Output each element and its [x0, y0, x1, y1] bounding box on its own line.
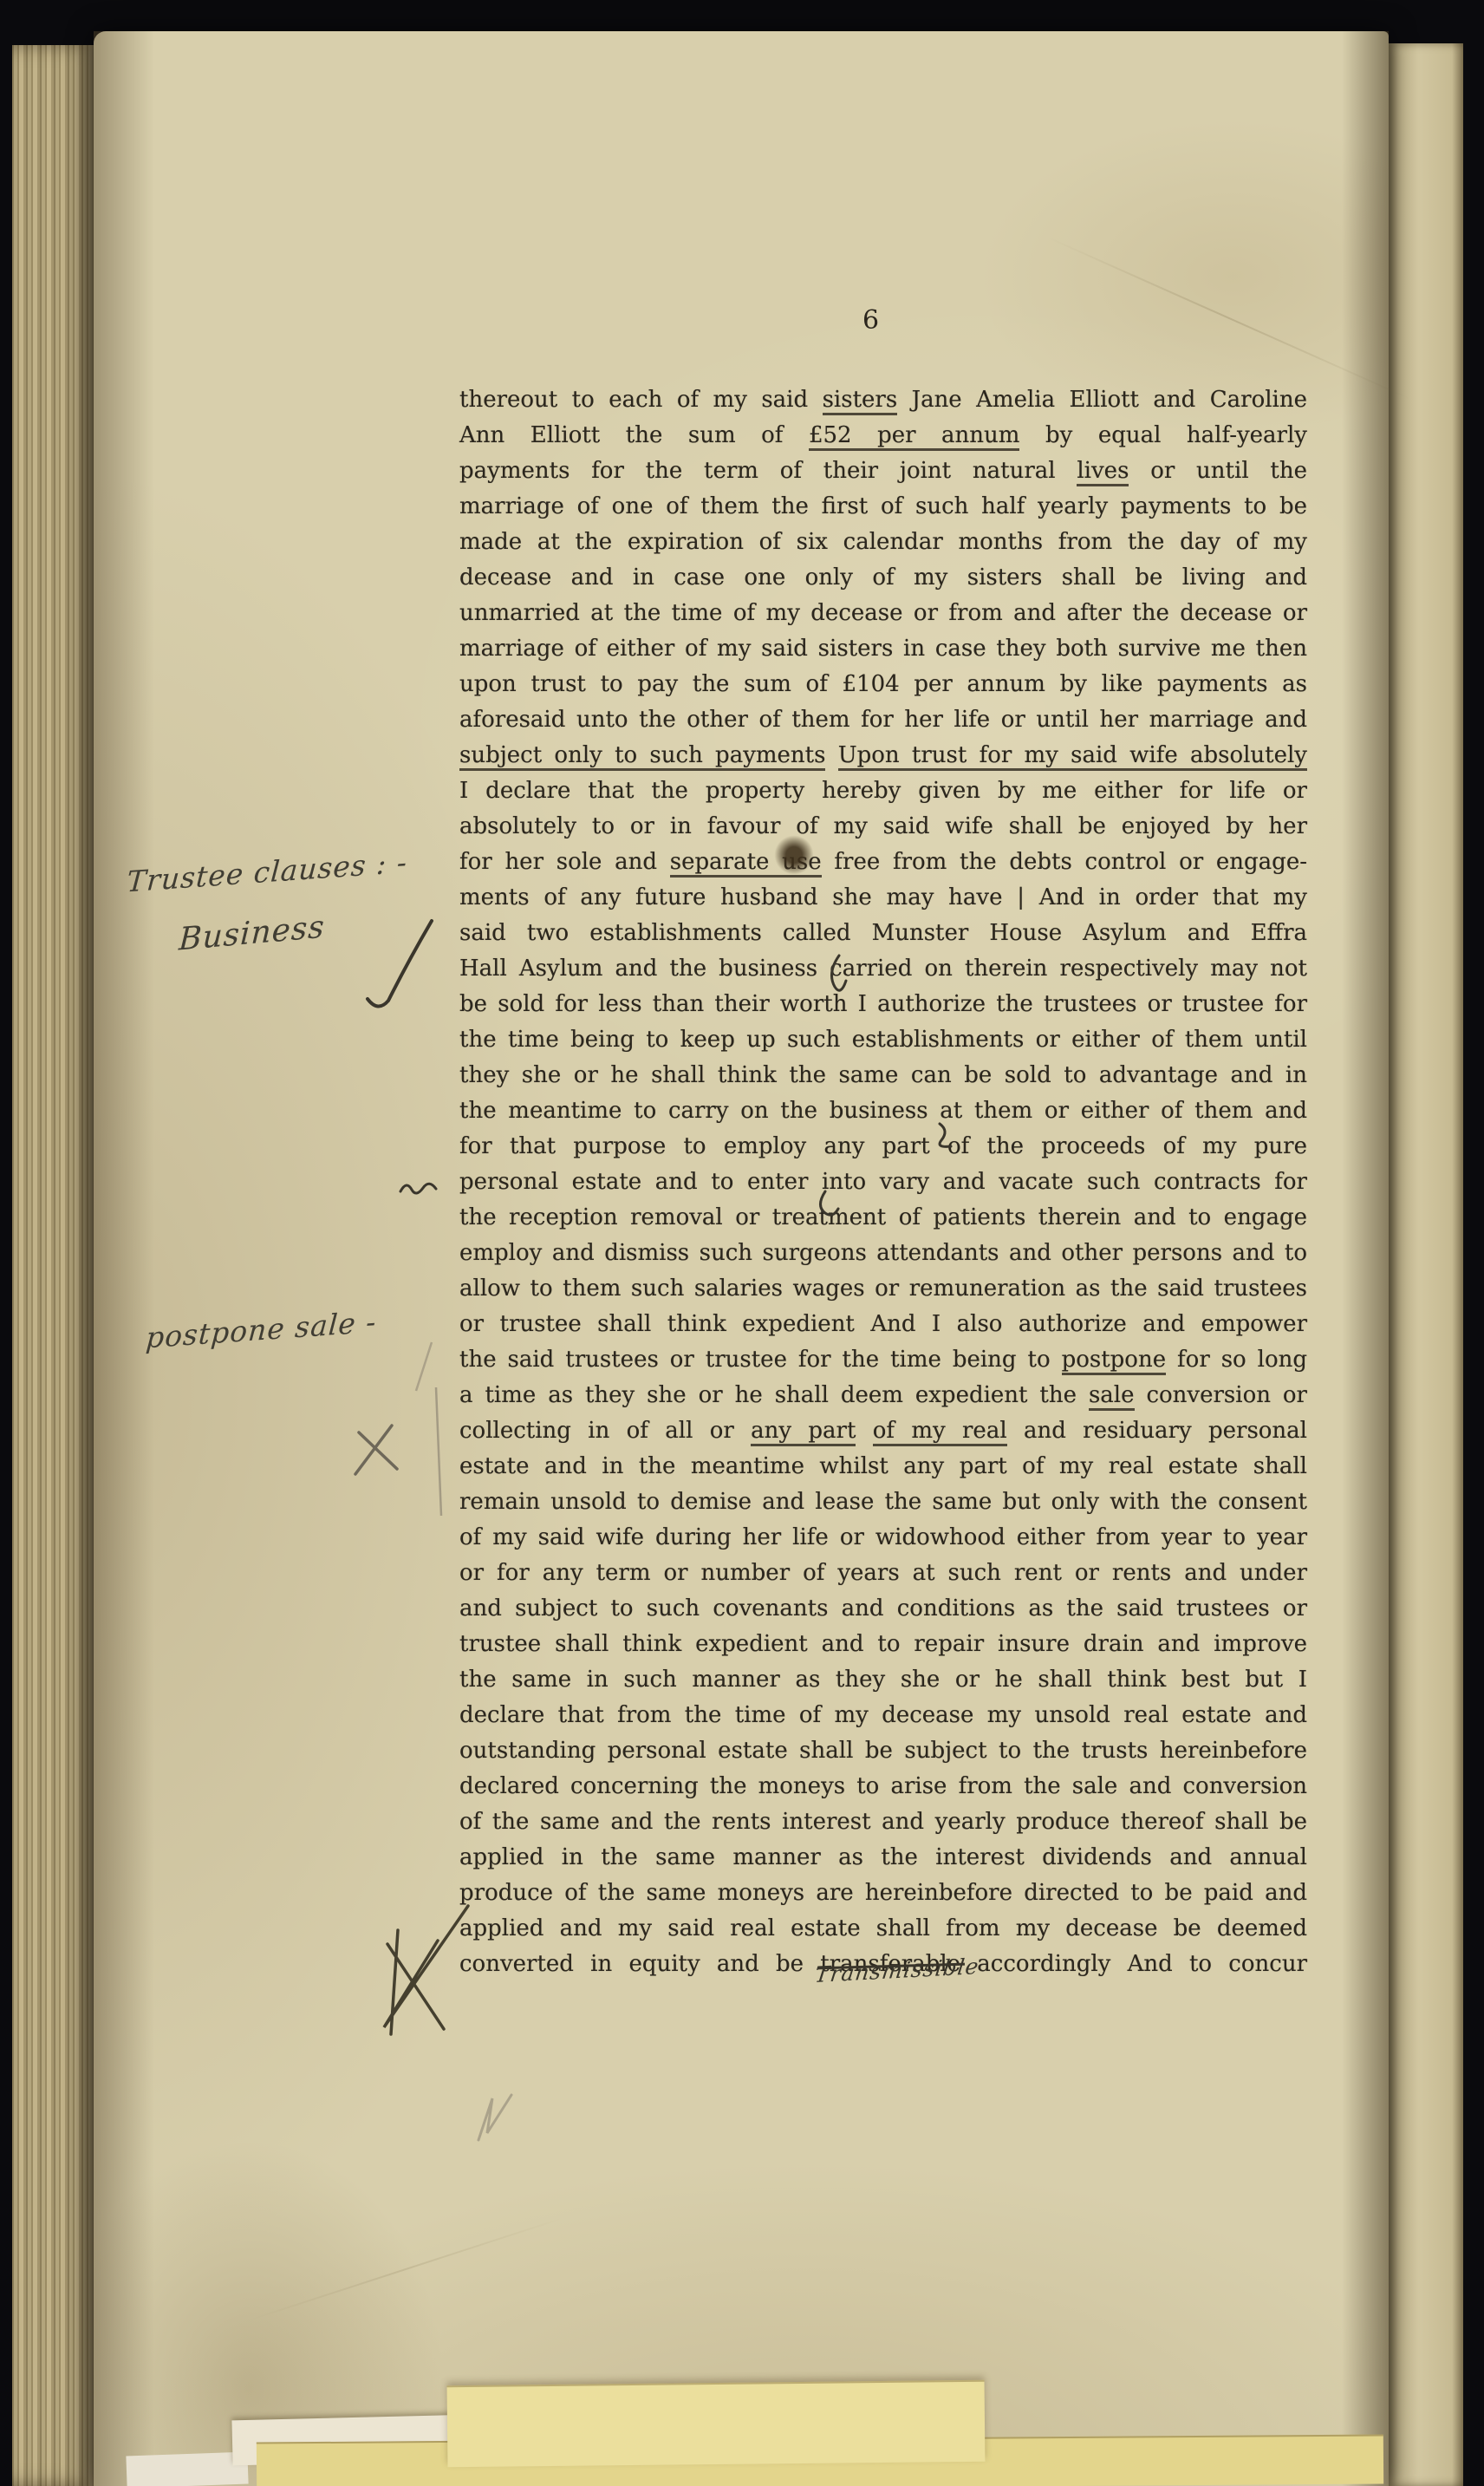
- underlined-text: use: [782, 849, 821, 878]
- text-line: Ann Elliott the sum of £52 per annum by …: [459, 418, 1307, 453]
- text-segment: collecting in of all or: [459, 1418, 751, 1444]
- text-line: or trustee shall think expedient And I a…: [459, 1307, 1307, 1342]
- text-segment: the said trustees or trustee for the tim…: [459, 1347, 1062, 1373]
- text-segment: a time as they she or he shall deem expe…: [459, 1382, 1089, 1408]
- paper-crease: [249, 2217, 563, 2320]
- text-segment: be sold for less than their worth I auth…: [459, 991, 1307, 1017]
- text-segment: trustee shall think expedient and to rep…: [459, 1631, 1307, 1657]
- text-segment: estate and in the meantime whilst any pa…: [459, 1453, 1307, 1479]
- text-segment: payments for the term of their joint nat…: [459, 458, 1077, 484]
- text-segment: I declare that the property hereby given…: [459, 778, 1307, 804]
- text-segment: produce of the same moneys are hereinbef…: [459, 1880, 1307, 1906]
- text-segment: of my said wife during her life or widow…: [459, 1524, 1307, 1550]
- text-line: marriage of one of them the first of suc…: [459, 489, 1307, 525]
- underlined-text: subject only to such payments: [459, 742, 825, 771]
- text-line: Hall Asylum and the business carried on …: [459, 951, 1307, 987]
- text-segment: by equal half-yearly: [1019, 422, 1307, 448]
- underlined-text: postpone: [1062, 1347, 1167, 1375]
- text-line: declare that from the time of my decease…: [459, 1698, 1307, 1733]
- text-line: they she or he shall think the same can …: [459, 1058, 1307, 1093]
- text-line: remain unsold to demise and lease the sa…: [459, 1484, 1307, 1520]
- text-segment: Jane Amelia Elliott and Caroline: [897, 387, 1307, 413]
- next-page-edge: [1389, 43, 1463, 2486]
- text-segment: marriage of either of my said sisters in…: [459, 636, 1307, 662]
- text-line: said two establishments called Munster H…: [459, 916, 1307, 951]
- text-segment: remain unsold to demise and lease the sa…: [459, 1489, 1307, 1515]
- text-segment: employ and dismiss such surgeons attenda…: [459, 1240, 1307, 1266]
- text-segment: upon trust to pay the sum of £104 per an…: [459, 671, 1307, 697]
- underlined-text: lives: [1077, 458, 1129, 486]
- paper-slip-white: [126, 2452, 248, 2486]
- text-line: a time as they she or he shall deem expe…: [459, 1378, 1307, 1413]
- text-segment: decease and in case one only of my siste…: [459, 564, 1307, 591]
- text-line: thereout to each of my said sisters Jane…: [459, 382, 1307, 418]
- text-segment: unmarried at the time of my decease or f…: [459, 600, 1307, 626]
- text-line: the meantime to carry on the business at…: [459, 1093, 1307, 1129]
- text-segment: the same in such manner as they she or h…: [459, 1667, 1307, 1693]
- text-block: thereout to each of my said sisters Jane…: [459, 382, 1307, 1982]
- text-line: trustee shall think expedient and to rep…: [459, 1627, 1307, 1662]
- text-line: I declare that the property hereby given…: [459, 773, 1307, 809]
- text-segment: and subject to such covenants and condit…: [459, 1595, 1307, 1621]
- text-line: for that purpose to employ any part of t…: [459, 1129, 1307, 1165]
- text-segment: thereout to each of my said: [459, 387, 823, 413]
- text-line: of my said wife during her life or widow…: [459, 1520, 1307, 1556]
- text-segment: [856, 1418, 872, 1444]
- text-line: aforesaid unto the other of them for her…: [459, 702, 1307, 738]
- text-segment: free from the debts control or engage-: [822, 849, 1307, 875]
- text-line: upon trust to pay the sum of £104 per an…: [459, 667, 1307, 702]
- text-segment: the meantime to carry on the business at…: [459, 1098, 1307, 1124]
- text-segment: aforesaid unto the other of them for her…: [459, 707, 1307, 733]
- text-segment: or trustee shall think expedient And I a…: [459, 1311, 1307, 1337]
- text-segment: applied in the same manner as the intere…: [459, 1844, 1307, 1870]
- text-segment: [825, 742, 837, 768]
- text-segment: made at the expiration of six calendar m…: [459, 529, 1307, 555]
- page-number: 6: [862, 305, 879, 336]
- text-segment: conversion or: [1135, 1382, 1308, 1408]
- text-segment: accordingly And to concur: [960, 1951, 1307, 1977]
- underlined-text: any part: [751, 1418, 856, 1446]
- text-line: outstanding personal estate shall be sub…: [459, 1733, 1307, 1769]
- text-line: for her sole and separate use free from …: [459, 845, 1307, 880]
- text-segment: ments of any future husband she may have…: [459, 884, 1307, 910]
- text-segment: applied and my said real estate shall fr…: [459, 1915, 1307, 1941]
- text-line: applied and my said real estate shall fr…: [459, 1911, 1307, 1947]
- text-line: the reception removal or treatment of pa…: [459, 1200, 1307, 1236]
- text-line: the same in such manner as they she or h…: [459, 1662, 1307, 1698]
- underlined-text: sale: [1089, 1382, 1135, 1411]
- text-segment: declare that from the time of my decease…: [459, 1702, 1307, 1728]
- text-line: personal estate and to enter into vary a…: [459, 1165, 1307, 1200]
- text-line: collecting in of all or any part of my r…: [459, 1413, 1307, 1449]
- text-line: and subject to such covenants and condit…: [459, 1591, 1307, 1627]
- paper-slip-yellow-tab: [447, 2380, 986, 2467]
- text-line: marriage of either of my said sisters in…: [459, 631, 1307, 667]
- book-photo: 6 thereout to each of my said sisters Ja…: [0, 0, 1484, 2486]
- text-segment: absolutely to or in favour of my said wi…: [459, 813, 1307, 839]
- text-line: estate and in the meantime whilst any pa…: [459, 1449, 1307, 1484]
- text-segment: for her sole and: [459, 849, 670, 875]
- text-line: produce of the same moneys are hereinbef…: [459, 1876, 1307, 1911]
- underlined-text: £52 per annum: [809, 422, 1020, 451]
- text-segment: said two establishments called Munster H…: [459, 920, 1307, 946]
- text-line: the said trustees or trustee for the tim…: [459, 1342, 1307, 1378]
- text-segment: declared concerning the moneys to arise …: [459, 1773, 1307, 1799]
- text-segment: converted in equity and be: [459, 1951, 820, 1977]
- text-line: of the same and the rents interest and y…: [459, 1804, 1307, 1840]
- text-line: the time being to keep up such establish…: [459, 1022, 1307, 1058]
- text-segment: marriage of one of them the first of suc…: [459, 493, 1307, 519]
- text-segment: or until the: [1129, 458, 1307, 484]
- text-segment: outstanding personal estate shall be sub…: [459, 1738, 1307, 1764]
- text-line: absolutely to or in favour of my said wi…: [459, 809, 1307, 845]
- text-segment: and residuary personal: [1007, 1418, 1307, 1444]
- text-line: be sold for less than their worth I auth…: [459, 987, 1307, 1022]
- text-line: unmarried at the time of my decease or f…: [459, 596, 1307, 631]
- text-line: applied in the same manner as the intere…: [459, 1840, 1307, 1876]
- text-segment: the reception removal or treatment of pa…: [459, 1204, 1307, 1230]
- page-stack-edge: [12, 45, 99, 2486]
- text-line: decease and in case one only of my siste…: [459, 560, 1307, 596]
- text-line: payments for the term of their joint nat…: [459, 453, 1307, 489]
- underlined-text: of my real: [873, 1418, 1007, 1446]
- text-segment: Ann Elliott the sum of: [459, 422, 809, 448]
- text-line: made at the expiration of six calendar m…: [459, 525, 1307, 560]
- text-line: employ and dismiss such surgeons attenda…: [459, 1236, 1307, 1271]
- underlined-text: separate: [670, 849, 782, 878]
- text-segment: allow to them such salaries wages or rem…: [459, 1276, 1307, 1302]
- text-line: subject only to such payments Upon trust…: [459, 738, 1307, 773]
- text-segment: or for any term or number of years at su…: [459, 1560, 1307, 1586]
- text-segment: for so long: [1166, 1347, 1307, 1373]
- text-line: allow to them such salaries wages or rem…: [459, 1271, 1307, 1307]
- text-segment: personal estate and to enter into vary a…: [459, 1169, 1307, 1195]
- text-segment: they she or he shall think the same can …: [459, 1062, 1307, 1088]
- text-segment: Hall Asylum and the business carried on …: [459, 956, 1307, 982]
- underlined-text: sisters: [823, 387, 898, 415]
- text-line: ments of any future husband she may have…: [459, 880, 1307, 916]
- text-segment: the time being to keep up such establish…: [459, 1027, 1307, 1053]
- text-segment: for that purpose to employ any part of t…: [459, 1133, 1307, 1159]
- text-segment: of the same and the rents interest and y…: [459, 1809, 1307, 1835]
- text-line: or for any term or number of years at su…: [459, 1556, 1307, 1591]
- paper-crease: [1046, 237, 1411, 401]
- underlined-text: Upon trust for my said wife absolutely: [838, 742, 1307, 771]
- text-line: declared concerning the moneys to arise …: [459, 1769, 1307, 1804]
